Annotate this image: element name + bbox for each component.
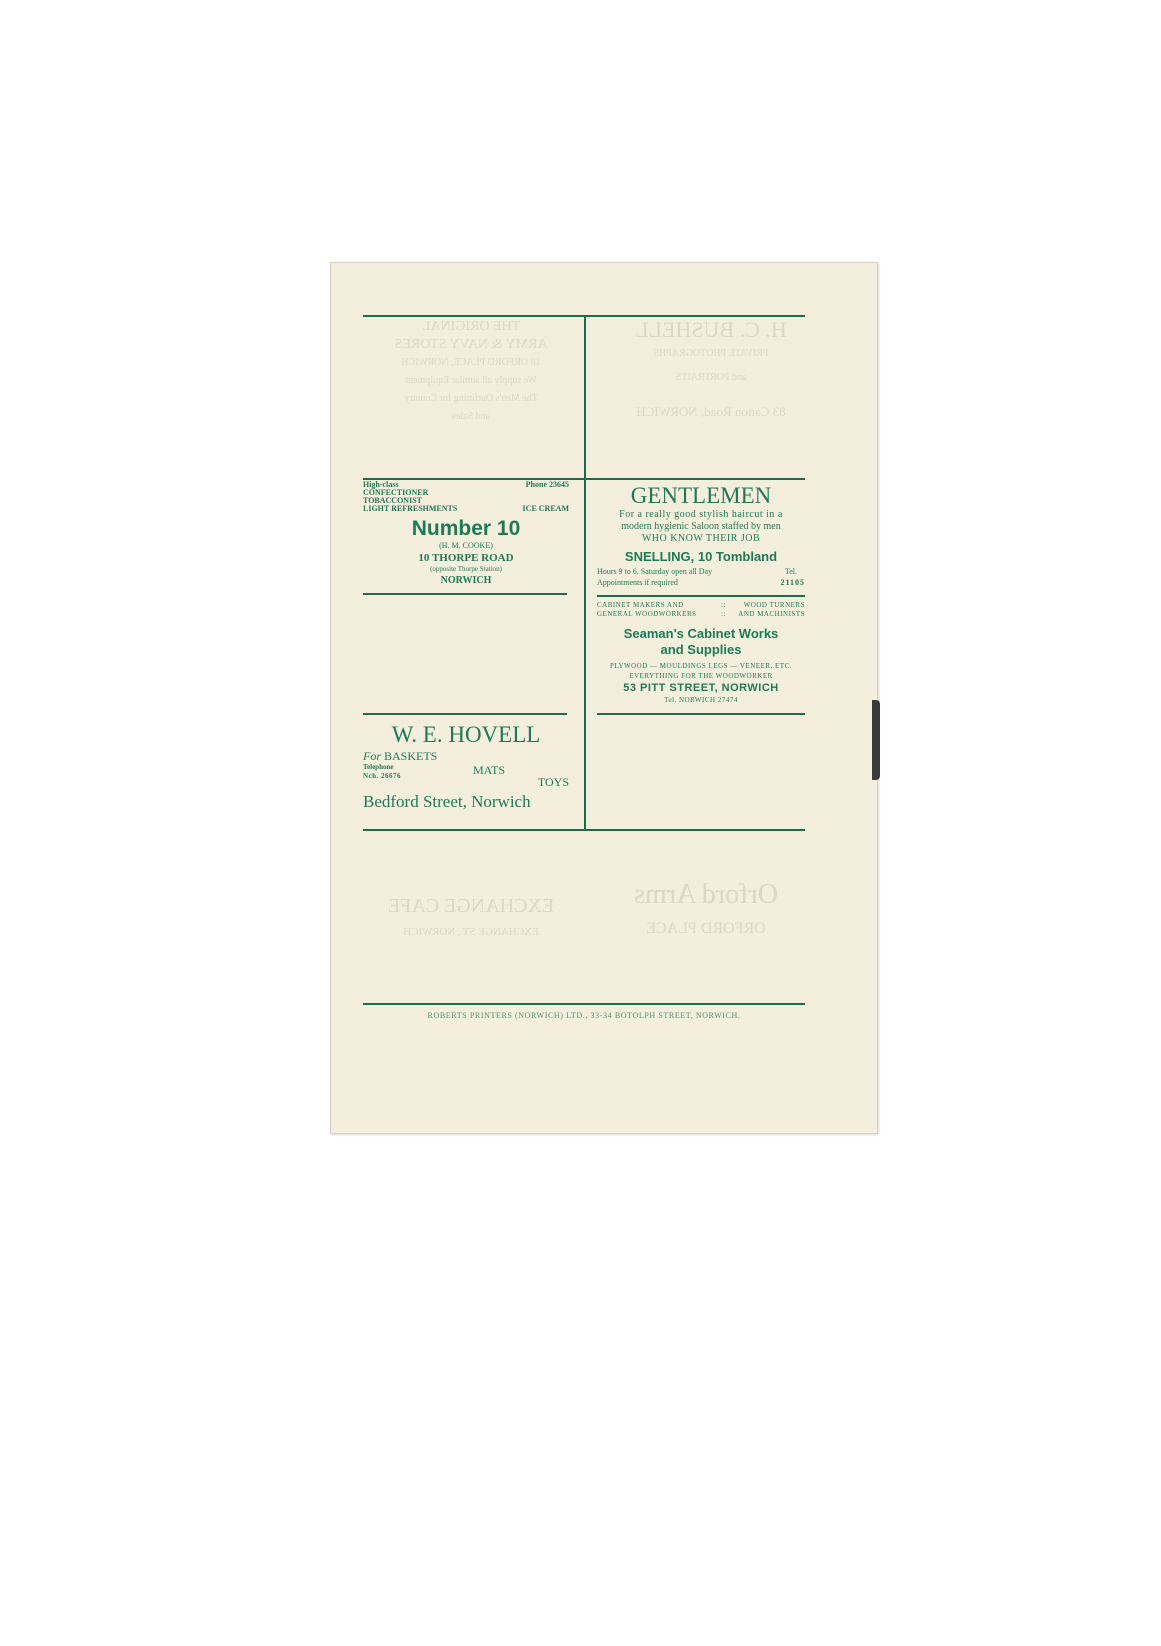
body-line: For a really good stylish haircut in a	[597, 509, 805, 521]
ghost-line: 18 ORFORD PLACE, NORWICH	[366, 354, 576, 372]
ghost-line: EXCHANGE ST., NORWICH	[361, 919, 581, 945]
products: PLYWOOD — MOULDINGS LEGS — VENEER, ETC.	[597, 661, 805, 672]
business-name-line2: and Supplies	[597, 642, 805, 658]
service-line: WOOD TURNERS	[744, 601, 805, 610]
ghost-line: We supply all similar Equipment	[366, 372, 576, 390]
ad-seaman: CABINET MAKERS AND :: WOOD TURNERS GENER…	[597, 601, 805, 705]
ghost-line: 83 Catton Road, NORWICH	[596, 400, 826, 424]
ghost-line: EXCHANGE CAFE	[361, 893, 581, 919]
service-line: CABINET MAKERS AND	[597, 601, 684, 609]
address: Bedford Street, Norwich	[363, 791, 569, 813]
phone-number: Phone 23645	[526, 481, 569, 489]
ghost-line: H. C. BUSHELL	[596, 318, 826, 342]
ice-cream-label: ICE CREAM	[523, 505, 569, 513]
for-word: For	[363, 749, 381, 763]
business-name: Seaman's Cabinet Works	[597, 625, 805, 642]
address: 10 THORPE ROAD	[363, 551, 569, 565]
center-divider	[584, 315, 586, 830]
city: NORWICH	[363, 574, 569, 587]
hovell-top-rule	[363, 713, 567, 715]
number10-bottom-rule	[363, 593, 567, 595]
gentlemen-bottom-rule	[597, 595, 805, 597]
slogan: EVERYTHING FOR THE WOODWORKER	[597, 672, 805, 681]
show-through-text-top-right: H. C. BUSHELL PRIVATE PHOTOGRAPHS and PO…	[596, 318, 826, 424]
body-line: modern hygienic Saloon staffed by men	[597, 521, 805, 533]
service-line: AND MACHINISTS	[738, 610, 805, 619]
business-name: SNELLING, 10 Tombland	[597, 548, 805, 566]
ghost-line: The Men's Outfitting for Country	[366, 390, 576, 408]
tel-label: Tel.	[785, 566, 797, 577]
address-note: (opposite Thorpe Station)	[363, 565, 569, 574]
show-through-text-top-left: THE ORIGINAL ARMY & NAVY STORES 18 ORFOR…	[366, 318, 576, 426]
ghost-line: and PORTRAITS	[596, 366, 826, 390]
ad-number10: High-class CONFECTIONER TOBACCONIST LIGH…	[363, 481, 569, 587]
middle-rule	[363, 478, 805, 480]
product-item: TOYS	[538, 775, 569, 790]
proprietor: (H. M. COOKE)	[363, 541, 569, 551]
product-item: BASKETS	[384, 749, 437, 763]
tel-number: Nch. 26676	[363, 772, 401, 781]
ghost-line: and Sales	[366, 408, 576, 426]
seaman-bottom-rule	[597, 713, 805, 715]
opening-hours: Hours 9 to 6. Saturday open all Day	[597, 567, 712, 576]
show-through-text-bottom-right: Orford Arms ORFORD PLACE	[596, 878, 816, 946]
business-name: Number 10	[363, 517, 569, 541]
tel-label: Telephone	[363, 763, 401, 772]
ghost-line: THE ORIGINAL	[366, 318, 576, 336]
ghost-line: ARMY & NAVY STORES	[366, 336, 576, 354]
binding-tab	[872, 700, 880, 780]
lower-rule	[363, 829, 805, 831]
tel-number: Tel. NORWICH 27474	[597, 696, 805, 705]
ghost-line: Orford Arms	[596, 878, 816, 912]
show-through-text-bottom-left: EXCHANGE CAFE EXCHANGE ST., NORWICH	[361, 893, 581, 945]
body-line: WHO KNOW THEIR JOB	[597, 533, 805, 545]
ad-hovell: W. E. HOVELL For BASKETS Telephone Nch. …	[363, 721, 569, 813]
printer-imprint: ROBERTS PRINTERS (NORWICH) LTD., 33-34 B…	[363, 1011, 805, 1020]
business-name: W. E. HOVELL	[363, 721, 569, 749]
ghost-line: PRIVATE PHOTOGRAPHS	[596, 342, 826, 366]
ghost-line: ORFORD PLACE	[596, 912, 816, 946]
separator: ::	[721, 610, 726, 619]
headline: GENTLEMEN	[597, 483, 805, 509]
footer-rule	[363, 1003, 805, 1005]
product-item: MATS	[473, 763, 505, 778]
programme-back-page: THE ORIGINAL ARMY & NAVY STORES 18 ORFOR…	[330, 262, 878, 1134]
tel-number: 21105	[780, 577, 805, 588]
address: 53 PITT STREET, NORWICH	[597, 681, 805, 696]
appointments-note: Appointments if required	[597, 578, 678, 587]
service-line: GENERAL WOODWORKERS	[597, 610, 697, 618]
ad-gentlemen: GENTLEMEN For a really good stylish hair…	[597, 483, 805, 588]
separator: ::	[721, 601, 726, 610]
